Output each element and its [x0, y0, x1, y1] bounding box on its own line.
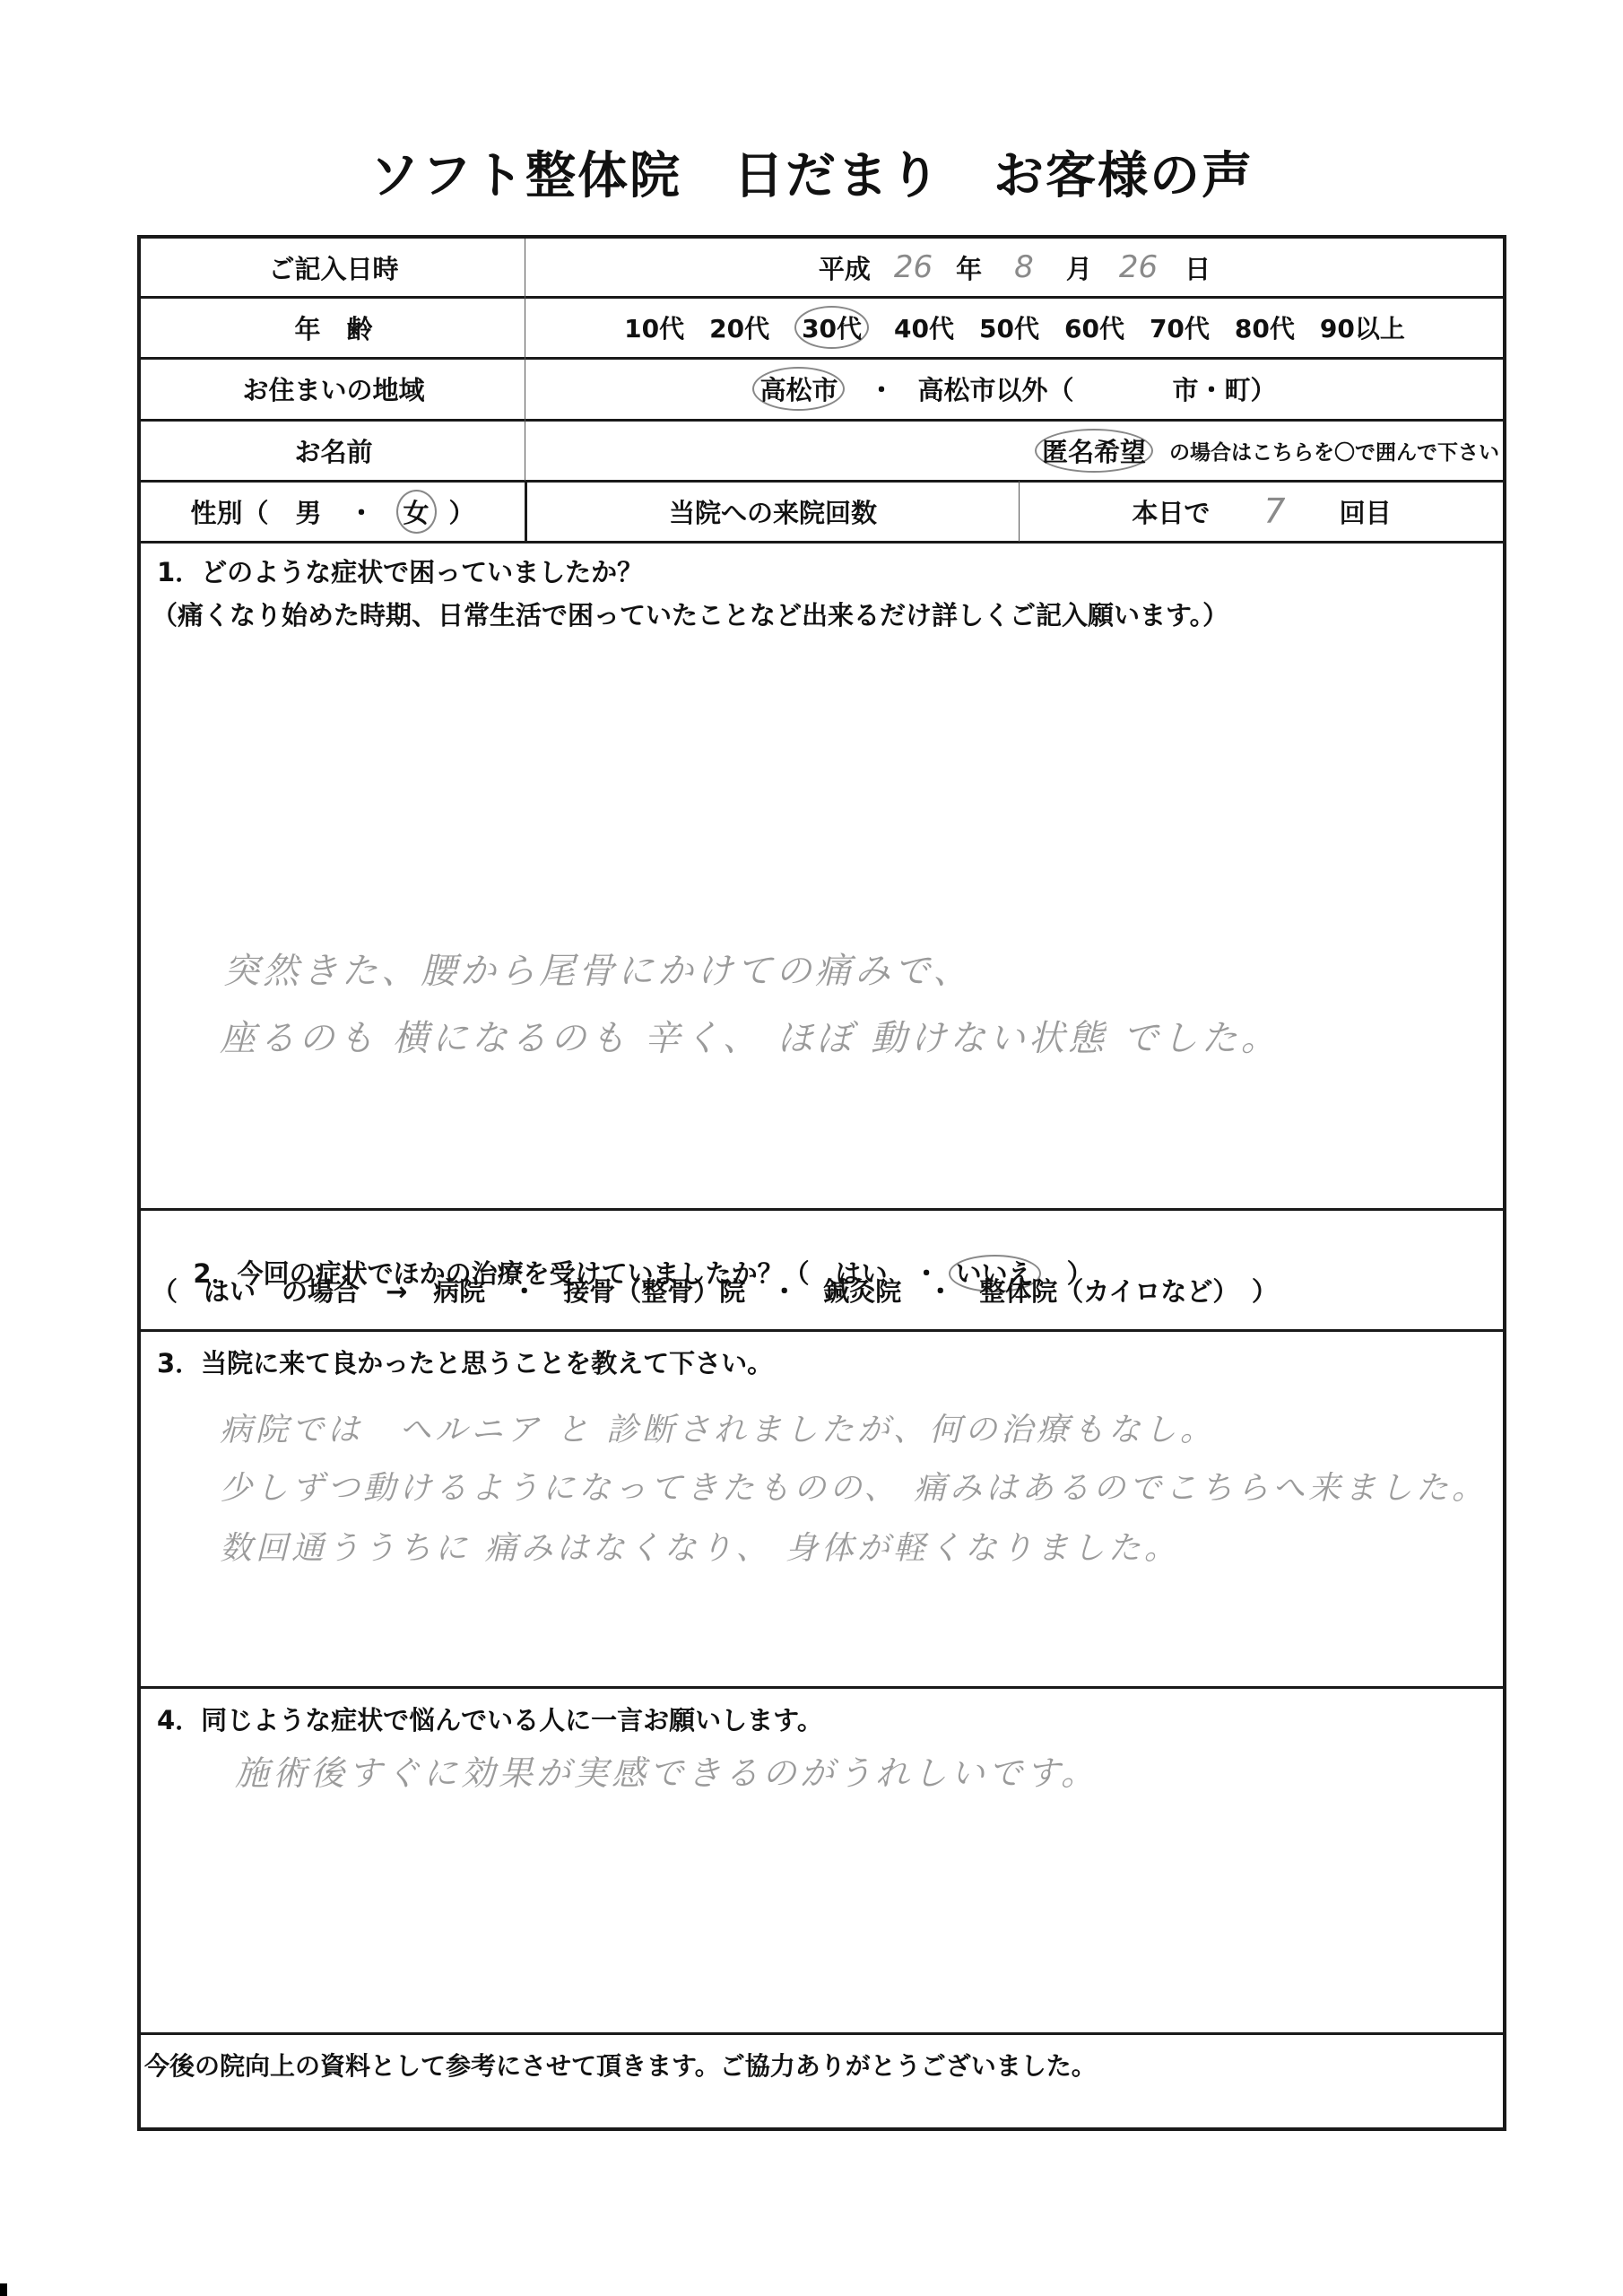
- region-label: お住まいの地域: [141, 359, 526, 419]
- age-option[interactable]: 60代: [1064, 309, 1124, 345]
- visits-field[interactable]: 本日で 7 回目: [1020, 482, 1503, 541]
- visits-label: 当院への来院回数: [527, 482, 1019, 541]
- name-field[interactable]: 匿名希望 の場合はこちらを〇で囲んで下さい: [526, 421, 1503, 480]
- region-option-other[interactable]: 高松市以外（: [918, 370, 1074, 407]
- question-3-answer[interactable]: 病院では ヘルニア と 診断されましたが、何の治療もなし。 少しずつ動けるように…: [141, 1378, 1503, 1683]
- age-option[interactable]: 70代: [1150, 309, 1210, 345]
- question-1-subtitle: （痛くなり始めた時期、日常生活で困っていたことなど出来るだけ詳しくご記入願います…: [152, 596, 1228, 632]
- column-divider: [1019, 481, 1020, 542]
- answer-line: 数回通ううちに 痛みはなくなり、 身体が軽くなりました。: [220, 1523, 1180, 1569]
- age-option[interactable]: 80代: [1235, 309, 1295, 345]
- age-option[interactable]: 40代: [894, 309, 954, 345]
- answer-line: 突然きた、腰から尾骨にかけての痛みで、: [223, 943, 972, 994]
- month-value: 8: [1014, 249, 1034, 285]
- gender-label: 性別（: [190, 493, 268, 530]
- scan-mark: [0, 2283, 7, 2296]
- gender-option-male[interactable]: 男: [295, 493, 321, 530]
- survey-form: ご記入日時 平成 26 年 8 月 26 日 年 齢 10代 20代 30代 4…: [137, 235, 1506, 2131]
- anonymous-option[interactable]: 匿名希望: [1035, 429, 1153, 473]
- footer-thanks: 今後の院向上の資料として参考にさせて頂きます。ご協力ありがとうございました。: [144, 2047, 1097, 2083]
- region-options: 高松市 ・ 高松市以外（ 市・町）: [526, 359, 1503, 419]
- divider: [141, 1329, 1503, 1332]
- year-value: 26: [894, 249, 933, 285]
- answer-line: 少しずつ動けるようになってきたものの、 痛みはあるのでこちらへ来ました。: [220, 1463, 1488, 1509]
- date-field[interactable]: 平成 26 年 8 月 26 日: [526, 239, 1503, 296]
- question-3-title: 3．当院に来て良かったと思うことを教えて下さい。: [157, 1344, 773, 1380]
- name-label: お名前: [141, 421, 526, 480]
- day-value: 26: [1119, 249, 1158, 285]
- gender-field: 性別（ 男 ・ 女 ）: [141, 482, 525, 541]
- region-option-takamatsu[interactable]: 高松市: [752, 367, 845, 411]
- answer-line: 病院では ヘルニア と 診断されましたが、何の治療もなし。: [220, 1405, 1216, 1450]
- age-option[interactable]: 90以上: [1320, 309, 1405, 345]
- visits-suffix: 回目: [1340, 493, 1392, 530]
- divider: [141, 1208, 1503, 1211]
- visits-prefix: 本日で: [1132, 493, 1210, 530]
- day-unit: 日: [1185, 249, 1211, 286]
- age-option[interactable]: 20代: [709, 309, 769, 345]
- separator: ・: [348, 493, 374, 530]
- answer-line: 施術後すぐに効果が実感できるのがうれしいです。: [235, 1745, 1098, 1795]
- divider: [141, 541, 1503, 544]
- separator: ・: [868, 370, 894, 407]
- page-title: ソフト整体院 日だまり お客様の声: [0, 136, 1623, 208]
- question-1-title: 1．どのような症状で困っていましたか？: [157, 552, 643, 589]
- year-unit: 年: [956, 249, 982, 286]
- question-4-answer[interactable]: 施術後すぐに効果が実感できるのがうれしいです。: [141, 1736, 1503, 2028]
- age-option[interactable]: 50代: [979, 309, 1039, 345]
- age-option[interactable]: 10代: [624, 309, 684, 345]
- age-option-selected[interactable]: 30代: [794, 306, 869, 349]
- region-suffix: 市・町）: [1173, 370, 1277, 407]
- anonymous-note: の場合はこちらを〇で囲んで下さい: [1169, 436, 1499, 465]
- age-options: 10代 20代 30代 40代 50代 60代 70代 80代 90以上: [526, 298, 1503, 357]
- gender-label-suffix: ）: [449, 493, 475, 530]
- question-1-answer[interactable]: 突然きた、腰から尾骨にかけての痛みで、 座るのも 横になるのも 辛く、 ほぼ 動…: [141, 633, 1503, 1198]
- question-4-title: 4．同じような症状で悩んでいる人に一言お願いします。: [157, 1700, 823, 1737]
- month-unit: 月: [1066, 249, 1092, 286]
- gender-option-female[interactable]: 女: [396, 490, 437, 534]
- divider: [141, 1686, 1503, 1689]
- answer-line: 座るのも 横になるのも 辛く、 ほぼ 動けない状態 でした。: [220, 1010, 1280, 1061]
- age-label: 年 齢: [141, 298, 526, 357]
- question-2-subtitle: （ はい の場合 → 病院 ・ 接骨（整骨）院 ・ 鍼灸院 ・ 整体院（カイロな…: [152, 1272, 1278, 1309]
- visits-count: 7: [1263, 491, 1285, 531]
- date-label: ご記入日時: [141, 239, 526, 296]
- era-label: 平成: [819, 249, 871, 286]
- divider: [141, 2032, 1503, 2035]
